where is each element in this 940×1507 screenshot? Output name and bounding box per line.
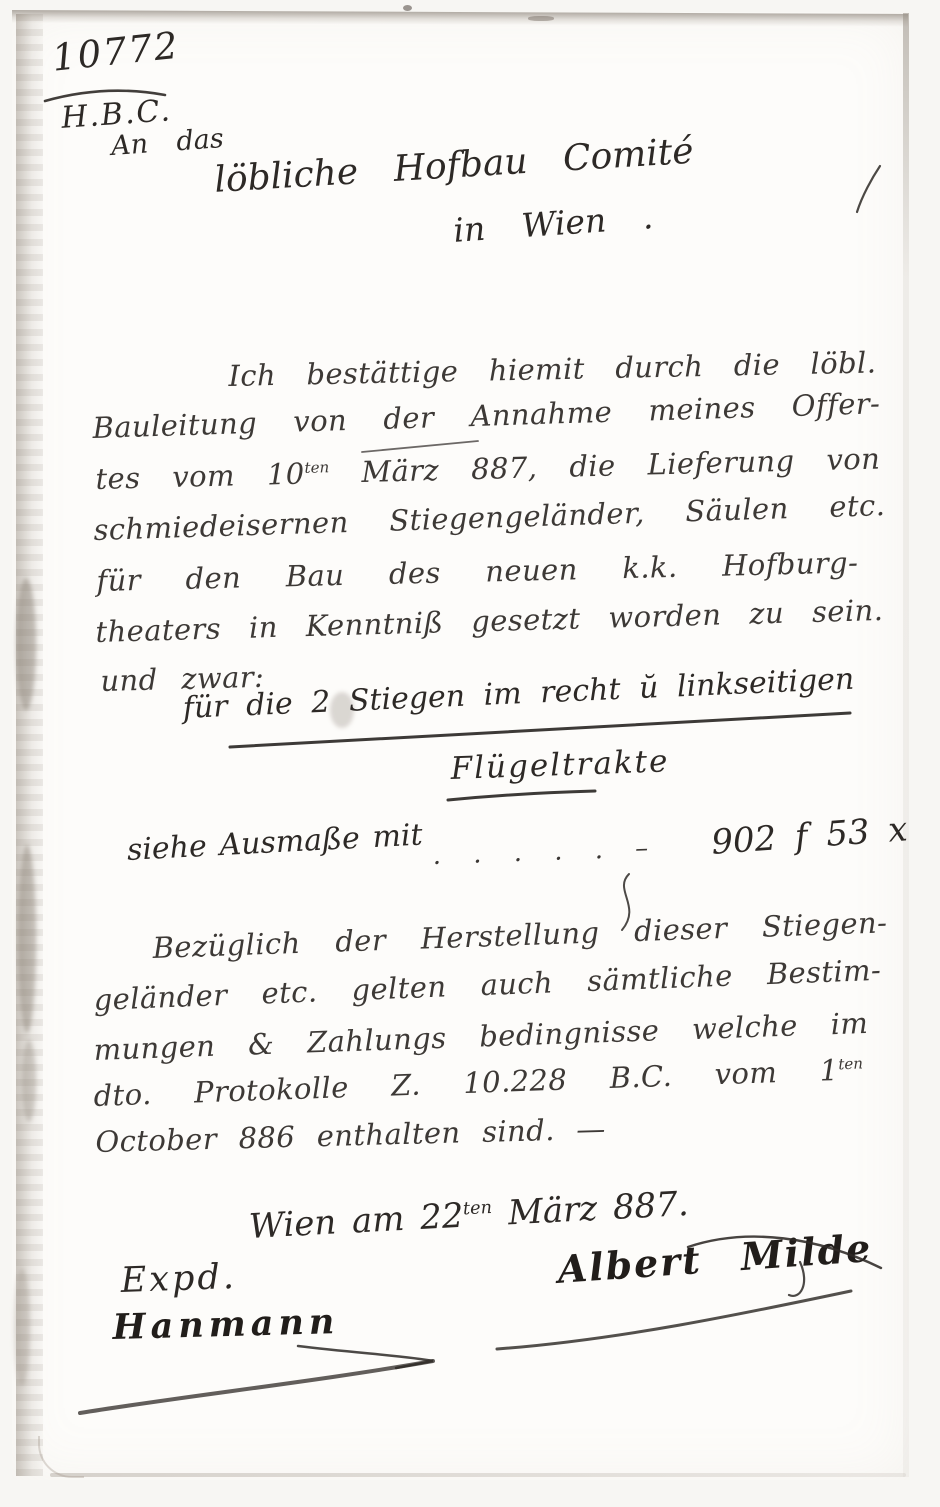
paper-left-edge	[16, 14, 43, 1476]
superscript-ten: ten	[304, 458, 329, 477]
body-line-text: tes vom 10	[95, 457, 305, 496]
paper-bottom-edge	[50, 1473, 906, 1477]
edge-stain	[16, 578, 36, 710]
superscript-ten: ten	[462, 1198, 492, 1219]
paper-right-edge	[903, 13, 909, 1477]
edge-stain	[14, 1268, 30, 1386]
dateline-text: März 887.	[491, 1184, 689, 1234]
ink-speck	[403, 5, 412, 11]
subject-line-2: Flügeltrakte	[450, 742, 670, 788]
superscript-ten: ten	[838, 1054, 863, 1073]
expedit-note: Expd.	[120, 1256, 238, 1304]
clerk-signature: Hanmann	[112, 1300, 340, 1350]
edge-speck	[528, 16, 554, 21]
scanned-document-page: 10772 H.B.C. An das löbliche Hofbau Comi…	[0, 0, 940, 1507]
edge-stain	[22, 1040, 36, 1122]
edge-stain	[18, 845, 36, 1033]
